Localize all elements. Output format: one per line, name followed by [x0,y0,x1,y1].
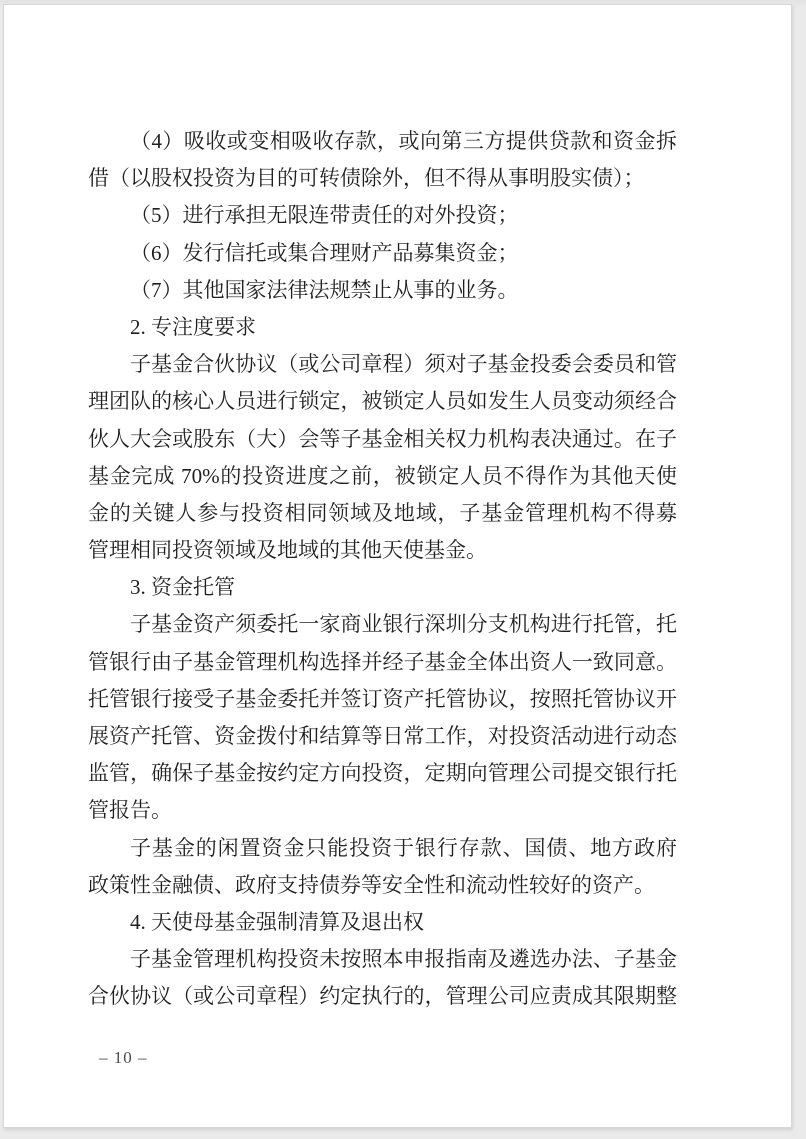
text-line: 伙人大会或股东（大）会等子基金相关权力机构表决通过。在子 [88,421,677,458]
text-line: 子基金的闲置资金只能投资于银行存款、国债、地方政府债、 [88,830,677,867]
text-line: 基金完成 70%的投资进度之前，被锁定人员不得作为其他天使基 [88,458,677,495]
text-line: 金的关键人参与投资相同领域及地域，子基金管理机构不得募集、 [88,495,677,532]
text-line: （7）其他国家法律法规禁止从事的业务。 [88,272,677,309]
text-line: 2. 专注度要求 [88,309,677,346]
text-line: 理团队的核心人员进行锁定，被锁定人员如发生人员变动须经合 [88,383,677,420]
text-line: （5）进行承担无限连带责任的对外投资； [88,197,677,234]
text-line: 监管，确保子基金按约定方向投资，定期向管理公司提交银行托 [88,755,677,792]
text-line: 合伙协议（或公司章程）约定执行的，管理公司应责成其限期整 [88,978,677,1015]
text-line: 管理相同投资领域及地域的其他天使基金。 [88,532,677,569]
document-body: （4）吸收或变相吸收存款，或向第三方提供贷款和资金拆借（以股权投资为目的可转债除… [88,123,677,1016]
text-line: 管银行由子基金管理机构选择并经子基金全体出资人一致同意。 [88,644,677,681]
text-line: （4）吸收或变相吸收存款，或向第三方提供贷款和资金拆 [88,123,677,160]
text-line: 子基金管理机构投资未按照本申报指南及遴选办法、子基金 [88,941,677,978]
text-line: 4. 天使母基金强制清算及退出权 [88,904,677,941]
text-line: 子基金合伙协议（或公司章程）须对子基金投委会委员和管 [88,346,677,383]
text-line: 3. 资金托管 [88,569,677,606]
document-page: （4）吸收或变相吸收存款，或向第三方提供贷款和资金拆借（以股权投资为目的可转债除… [3,4,792,1128]
text-line: 借（以股权投资为目的可转债除外，但不得从事明股实债）； [88,160,677,197]
page-number: – 10 – [99,1047,148,1069]
text-line: 政策性金融债、政府支持债券等安全性和流动性较好的资产。 [88,867,677,904]
text-line: 托管银行接受子基金委托并签订资产托管协议，按照托管协议开 [88,681,677,718]
text-line: 子基金资产须委托一家商业银行深圳分支机构进行托管，托 [88,606,677,643]
text-line: 展资产托管、资金拨付和结算等日常工作，对投资活动进行动态 [88,718,677,755]
document-viewer-background: （4）吸收或变相吸收存款，或向第三方提供贷款和资金拆借（以股权投资为目的可转债除… [0,0,806,1139]
text-line: （6）发行信托或集合理财产品募集资金； [88,235,677,272]
text-line: 管报告。 [88,792,677,829]
